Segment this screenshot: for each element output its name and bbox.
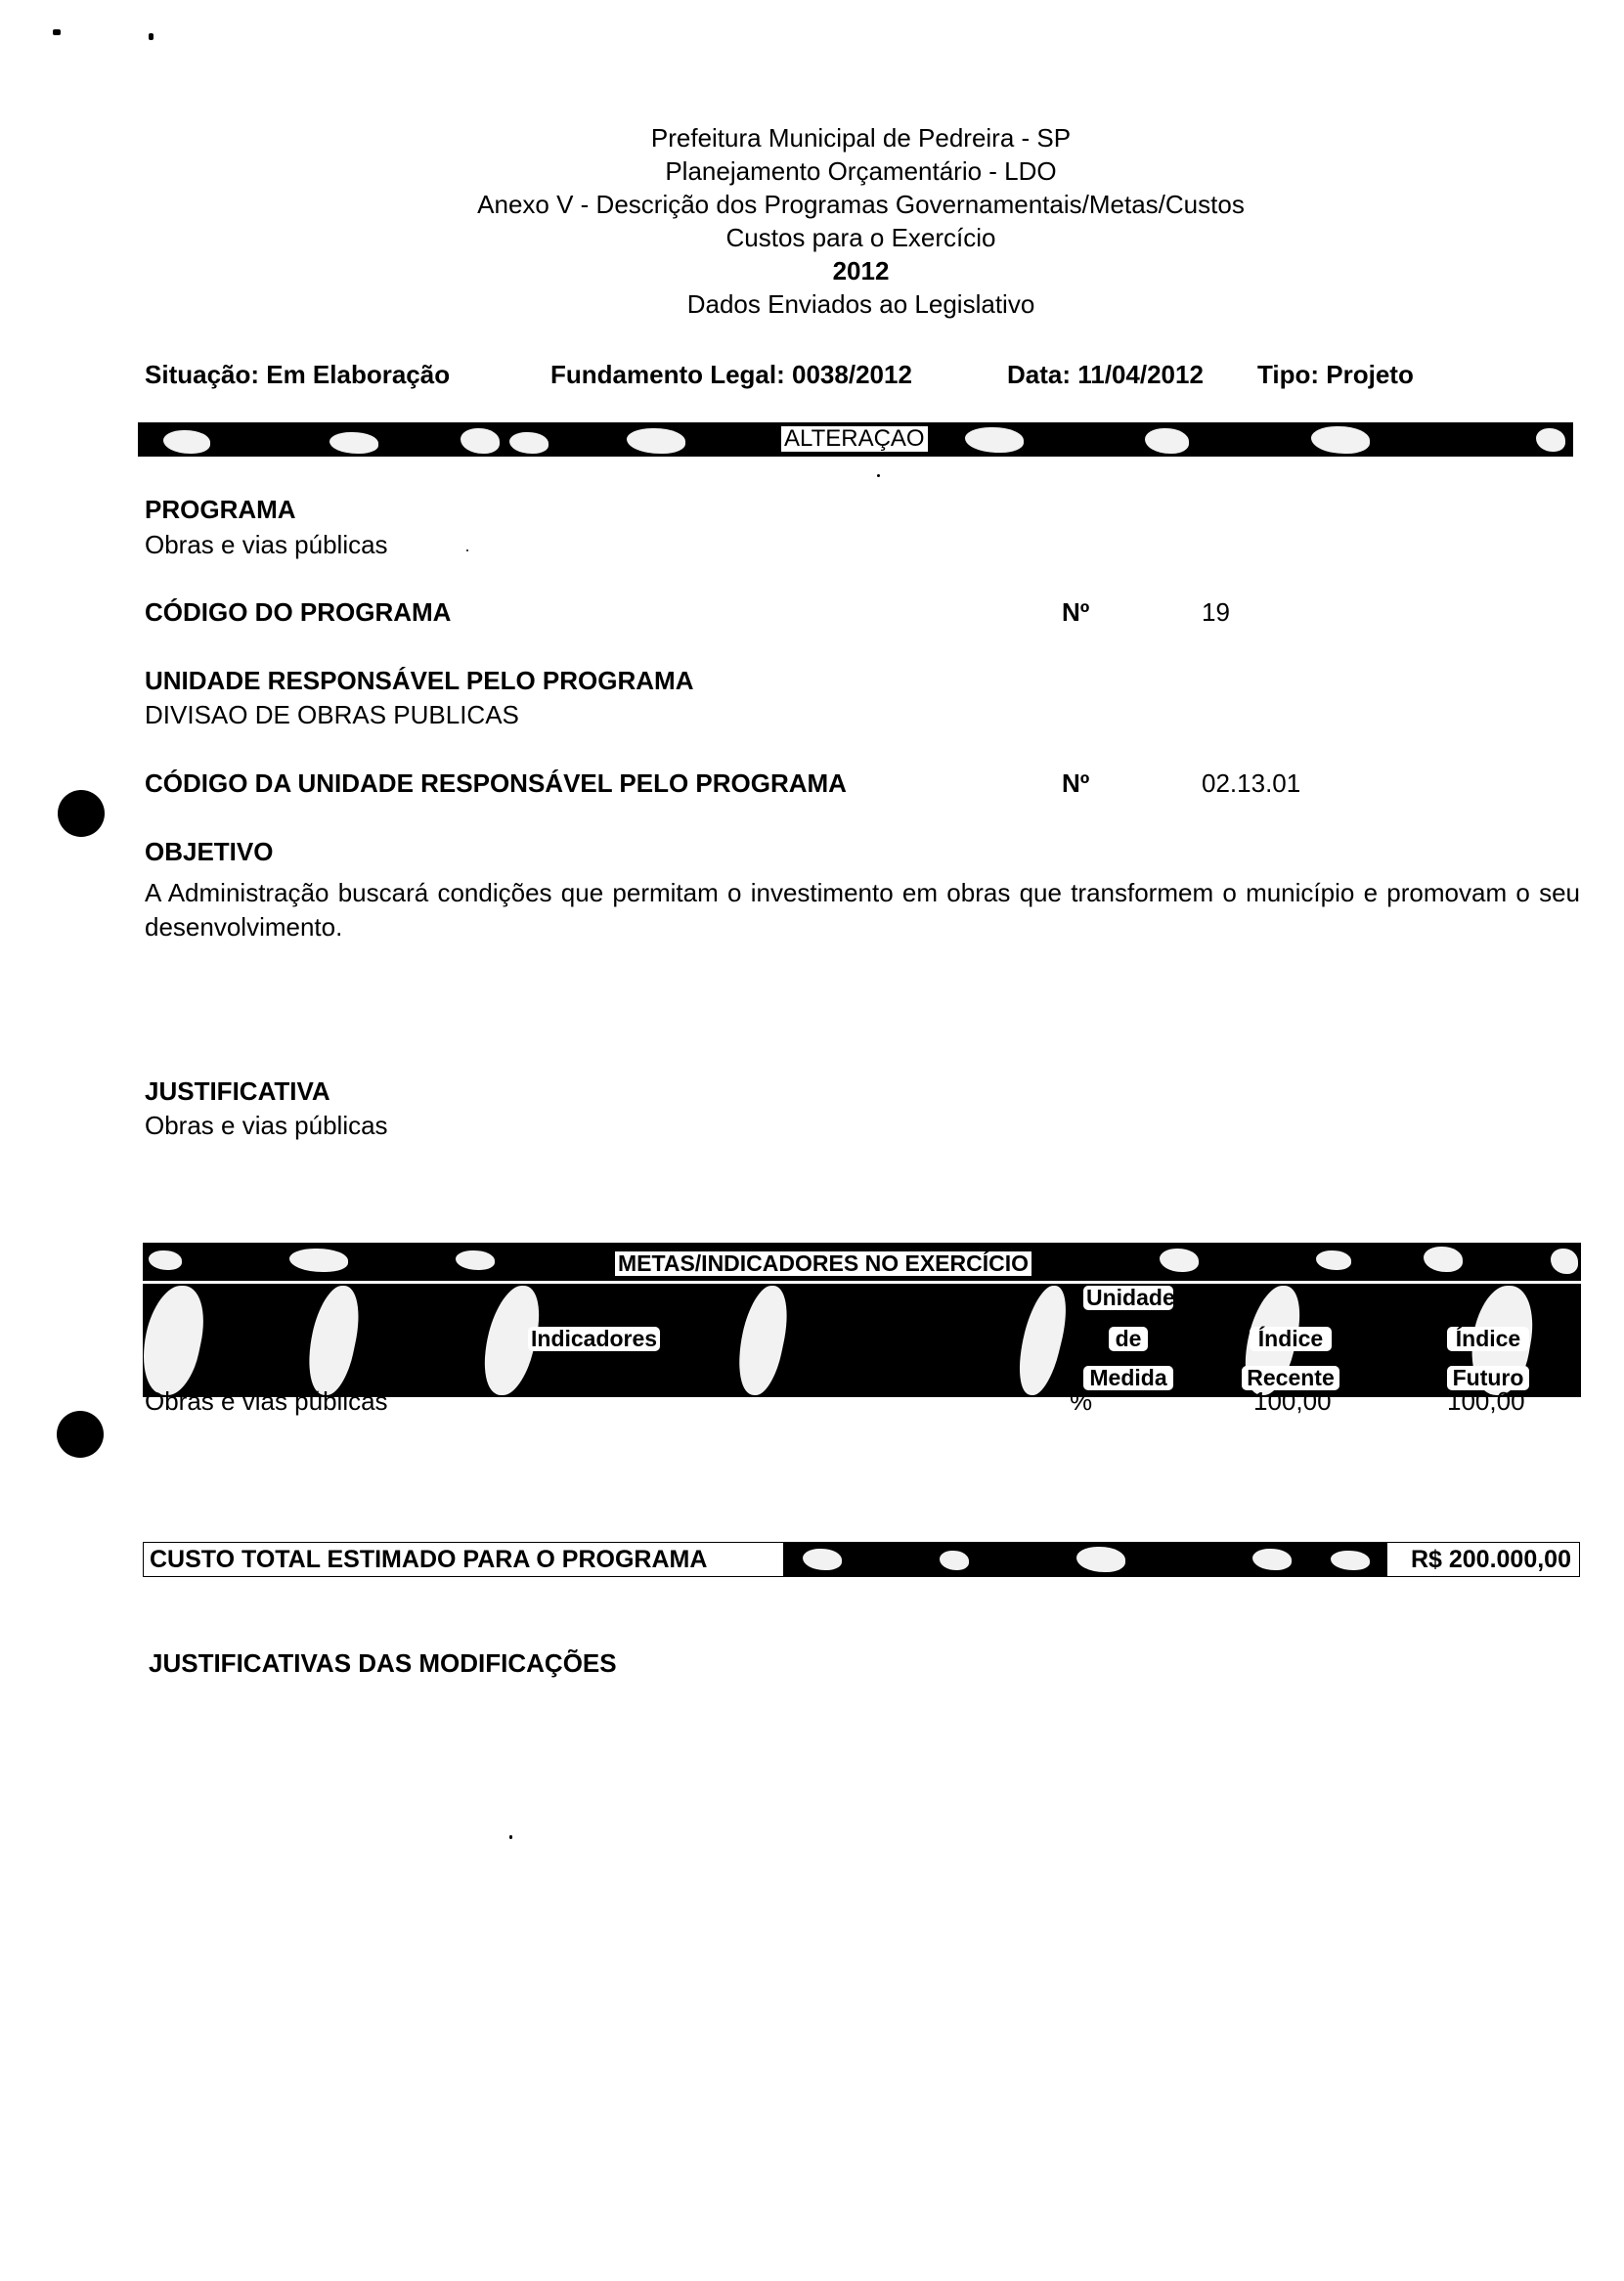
status-tipo: Tipo: Projeto (1257, 360, 1414, 389)
header-planning: Planejamento Orçamentário - LDO (0, 154, 1624, 188)
scan-speck (877, 474, 880, 477)
column-header-unidade-3: Medida (1083, 1366, 1173, 1390)
header-costs: Custos para o Exercício (0, 221, 1624, 254)
custo-total-label: CUSTO TOTAL ESTIMADO PARA O PROGRAMA (144, 1543, 783, 1576)
codigo-unidade-label: CÓDIGO DA UNIDADE RESPONSÁVEL PELO PROGR… (145, 768, 847, 798)
cell-indice-recente: 100,00 (1253, 1386, 1332, 1416)
punch-hole (58, 790, 105, 837)
cell-unidade: % (1070, 1386, 1092, 1416)
metas-table-header: METAS/INDICADORES NO EXERCÍCIO Indicador… (143, 1243, 1581, 1397)
custo-total-value: R$ 200.000,00 (1387, 1543, 1579, 1576)
codigo-programa-label: CÓDIGO DO PROGRAMA (145, 597, 451, 627)
column-header-recente-1: Índice (1250, 1327, 1332, 1351)
codigo-unidade-num-label: Nº (1062, 768, 1089, 798)
metas-divider (143, 1281, 1581, 1284)
programa-value: Obras e vias públicas (145, 530, 388, 559)
status-fundamento-legal: Fundamento Legal: 0038/2012 (550, 360, 912, 389)
objetivo-label: OBJETIVO (145, 837, 273, 866)
alteracao-label: ALTERAÇAO (780, 425, 929, 453)
unidade-responsavel-label: UNIDADE RESPONSÁVEL PELO PROGRAMA (145, 666, 693, 695)
scan-speck (509, 1835, 512, 1839)
justificativas-modificacoes-label: JUSTIFICATIVAS DAS MODIFICAÇÕES (149, 1648, 617, 1678)
column-header-unidade-2: de (1109, 1327, 1148, 1351)
justificativa-label: JUSTIFICATIVA (145, 1076, 330, 1106)
cell-indice-futuro: 100,00 (1447, 1386, 1525, 1416)
custo-total-bar: CUSTO TOTAL ESTIMADO PARA O PROGRAMA R$ … (143, 1542, 1580, 1577)
header-municipality: Prefeitura Municipal de Pedreira - SP (0, 121, 1624, 154)
justificativa-text: Obras e vias públicas (145, 1111, 388, 1140)
alteracao-banner: ALTERAÇAO (138, 422, 1573, 457)
status-situacao: Situação: Em Elaboração (145, 360, 450, 389)
metas-title: METAS/INDICADORES NO EXERCÍCIO (614, 1250, 1032, 1277)
scan-speck (466, 549, 468, 551)
codigo-programa-num-label: Nº (1062, 597, 1089, 627)
column-header-indicadores: Indicadores (528, 1327, 660, 1351)
status-data: Data: 11/04/2012 (1007, 360, 1204, 389)
column-header-unidade-1: Unidade (1083, 1286, 1173, 1310)
codigo-programa-value: 19 (1202, 597, 1230, 627)
header-sent: Dados Enviados ao Legislativo (0, 287, 1624, 321)
punch-hole (57, 1411, 104, 1458)
column-header-futuro-1: Índice (1447, 1327, 1529, 1351)
programa-label: PROGRAMA (145, 495, 296, 524)
cell-indicador: Obras e vias públicas (145, 1386, 388, 1416)
objetivo-text: A Administração buscará condições que pe… (145, 876, 1580, 944)
scan-speck (53, 29, 61, 35)
header-annex: Anexo V - Descrição dos Programas Govern… (0, 188, 1624, 221)
header-year: 2012 (0, 254, 1624, 287)
scan-speck (149, 33, 154, 40)
codigo-unidade-value: 02.13.01 (1202, 768, 1300, 798)
unidade-responsavel-value: DIVISAO DE OBRAS PUBLICAS (145, 700, 519, 729)
